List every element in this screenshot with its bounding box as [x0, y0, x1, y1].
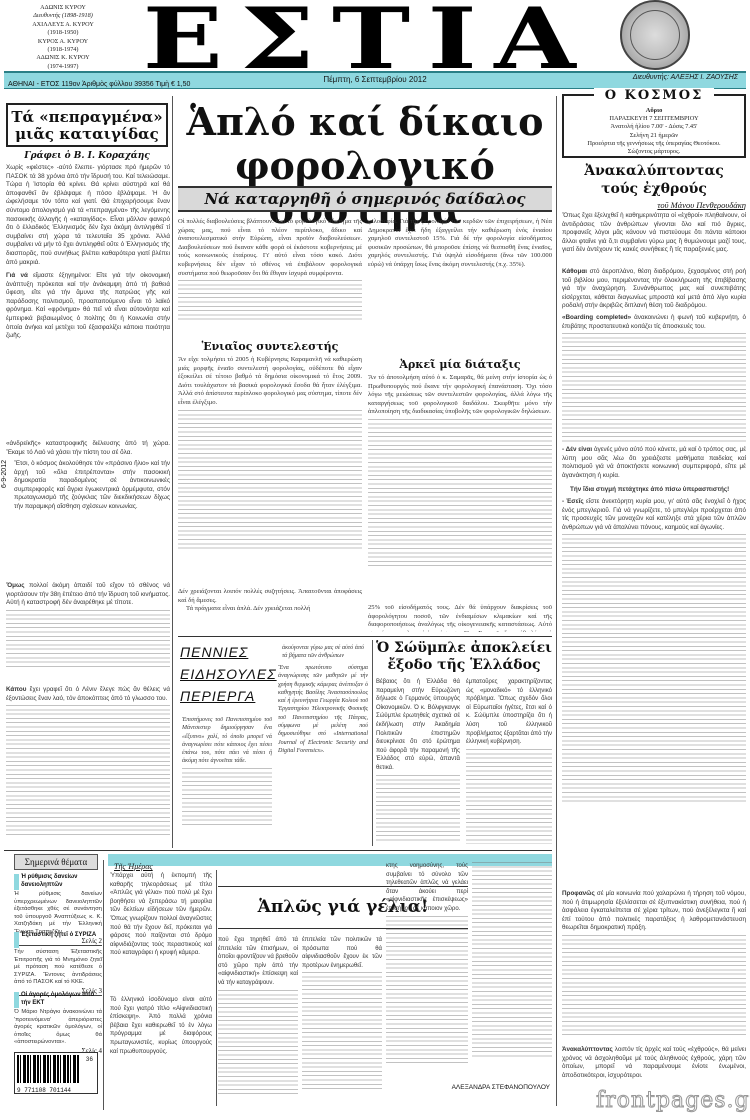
- of-the-day-header: Τῆς Ἡμέρας: [108, 862, 153, 871]
- right-article-para: Τήν ἴδια στιγμή πετάχτηκε ἀπό πίσω ὑπερα…: [570, 486, 746, 495]
- today-topic-item[interactable]: Οἱ ἀγορές ὁμολόγων ἀπό τήν ΕΚΤ Ὁ Μάριο Ν…: [14, 992, 102, 1055]
- world-day: ΠΑΡΑΣΚΕΥΗ 7 ΣΕΠΤΕΜΒΡΙΟΥ: [564, 115, 744, 123]
- main-article-col2-p3: 25% τοῦ εἰσοδήματός τους. Δέν θά ὑπάρχου…: [368, 604, 552, 632]
- gossip-title: ΕΙΔΗΣΟΥΛΕΣ: [180, 666, 260, 682]
- left-article-title: Τά «πεπραγμένα»: [8, 109, 166, 126]
- topic-body: Ἡ ρύθμισις δανείων ὑπερχρεωμένων δανειολ…: [14, 891, 102, 937]
- left-article-para: Γιά νά εἴμαστε ἐξηγημένοι: Εἴτε γιά τήν …: [6, 272, 170, 442]
- teal-marker-icon: [14, 932, 19, 948]
- of-the-day-col2: πού ἔχει τηρηθεῖ ἀπό τά ἐπιτελεία τῶν ἐπ…: [218, 936, 298, 1096]
- main-article-col1-p2: Ἄν εἶχε τολμήσει τό 2005 ἡ Κυβέρνησις Κα…: [178, 356, 362, 580]
- world-moon: Σελήνη 21 ἡμερῶν: [564, 132, 744, 140]
- side-date: 6-9-2012: [1, 460, 8, 488]
- of-the-day-byline: ΑΛΕΞΑΝΔΡΑ ΣΤΕΦΑΝΟΠΟΥΛΟΥ: [418, 1084, 550, 1091]
- right-article-para: Ὅπως ἔχει ἐξελιχθεῖ ἡ καθημερινότητα οἱ …: [562, 212, 746, 266]
- today-topic-item[interactable]: Ἐξεταστική ζητεῖ ὁ ΣΥΡΙΖΑ Τήν σύσταση Ἐξ…: [14, 932, 102, 996]
- left-article-para: «ἀνδρεϊκῆς» καταστροφικῆς διέλευσης ἀπό …: [6, 440, 170, 458]
- left-article-para: Ὅμως πολλοί ἀκόμη ἀπαιδί τοῦ εἴχον τό σθ…: [6, 582, 170, 682]
- newspaper-title: ΕΣΤΙΑ: [56, 0, 681, 72]
- main-subtitle: Νά καταργηθῆ ὁ σημερινός δαίδαλος: [178, 188, 552, 210]
- world-feast: Σώζοντος μάρτυρος.: [564, 148, 744, 156]
- left-article-para: Κάπου ἔχει γραφεῖ ὅτι ὁ Λένιν ἔλεγε πώς …: [6, 686, 170, 838]
- director-name: Διευθυντής: ΑΛΕΞΗΣ Ι. ΖΑΟΥΣΗΣ: [633, 74, 738, 81]
- teal-marker-icon: [14, 992, 19, 1008]
- left-article-title: μιᾶς καταιγίδας: [8, 126, 166, 143]
- main-article-col2: φιλοσοφία. Γιά τήν φορολογία τῶν κερδῶν …: [368, 218, 552, 334]
- schauble-col2: ἐμπατοῦρες χαρακτηρίζοντας ὡς «μοναδικό»…: [466, 678, 552, 844]
- main-article-col1-p3: Δέν χρειάζονται λοιπόν πολλές συζητήσεις…: [178, 588, 362, 630]
- gossip-title: ΠΕΡΙΕΡΓΑ: [180, 688, 260, 704]
- of-the-day-p2: Τό ἑλληνικό ἰσοδύναμο εἶναι αὐτό πού ἔχε…: [110, 996, 212, 1106]
- right-article-para: - Δέν εἶναι ἀγενές μόνο αὐτό πού κάνετε,…: [562, 446, 746, 482]
- world-box: Ο ΚΟΣΜΟΣ Αὔριο ΠΑΡΑΣΚΕΥΗ 7 ΣΕΠΤΕΜΒΡΙΟΥ Ἀ…: [562, 94, 746, 158]
- of-the-day-col3: ἐπιτελεία τῶν πολιτικῶν τά πρόσωπα πού θ…: [302, 936, 382, 1096]
- gossip-title-block: ΠΕΝΝΙΕΣ ΕΙΔΗΣΟΥΛΕΣ ΠΕΡΙΕΡΓΑ: [180, 644, 260, 704]
- world-feast: Προεόρτια τῆς γεννήσεως τῆς ὑπεραγίας Θε…: [564, 140, 744, 148]
- section-rule: [4, 850, 552, 851]
- topic-body: Τήν σύσταση Ἐξεταστικῆς Ἐπιτροπῆς γιά τό…: [14, 949, 102, 987]
- main-subhead: Ἀρκεῖ μία διάταξις: [368, 358, 552, 371]
- right-article-para: Κάθομαι στό ἀεροπλάνο, θέση διαδρόμου, ξ…: [562, 268, 746, 312]
- watermark: frontpages.gr: [596, 1088, 750, 1113]
- world-sun: Ἀνατολή ἡλίου 7.00' - Δύσις 7.45': [564, 123, 744, 131]
- gossip-item: Ἐπιστήμονες τοῦ Πανεπιστημίου τοῦ Μάντσε…: [182, 716, 272, 842]
- gossip-title: ΠΕΝΝΙΕΣ: [180, 644, 260, 660]
- main-headline-line: Ἁπλό καί δίκαιο: [178, 100, 552, 144]
- topic-title: Ἡ ρύθμισις δανείων δανειοληπτῶν: [21, 874, 102, 890]
- edition-strip: ΑΘΗΝΑΙ - ΕΤΟΣ 119ον Ἀριθμὸς φύλλου 39356…: [4, 71, 746, 89]
- main-article-col2-p2: Ἄν τό ἀποτολμήση αὐτό ὁ κ. Σαμαρᾶς, θά μ…: [368, 374, 552, 604]
- gossip-intro: ἀκούγονται γύρω μας σέ αὐτό ἀπό τά βήματ…: [282, 644, 364, 660]
- right-article-para: - Ἐσεῖς εἴστε ἀνεκτόρητη κυρία μου, γι' …: [562, 498, 746, 808]
- gossip-item: Ἕνα πρωτότυπο σύστημα ἀναγνώρισης τῶν μα…: [278, 664, 368, 844]
- barcode: 36 9 771108 701144: [14, 1052, 98, 1094]
- right-article-para: Προφανῶς σέ μία κοινωνία πού χαλαρώνει ἡ…: [562, 890, 746, 1044]
- left-article-lead: Χωρὶς «φιέστες» -αὐτό ἔλειπε- γιόρτασε π…: [6, 164, 170, 266]
- column-divider: [556, 96, 557, 1106]
- right-article-byline: τοῦ Μάνου Πενθερουδάκη: [620, 200, 746, 210]
- of-the-day-p1: Ὑπάρχει αὐτή ἡ ἐκπομπή τῆς καθαρῆς τηλεο…: [110, 872, 212, 992]
- left-article-byline: Γράφει ὁ Β. Ι. Κοραχάης: [6, 151, 168, 161]
- main-headline: Ἁπλό καί δίκαιο φορολογικό σύστημα: [178, 100, 552, 232]
- of-the-day-col5: [472, 862, 552, 1062]
- right-article-para: «Boarding completed» ἀνακοινώνει ἡ φωνή …: [562, 314, 746, 444]
- of-the-day-col4: κτης νοημοσύνης, τούς συμβαίνει τό σύνολ…: [386, 862, 468, 1078]
- column-divider: [103, 860, 104, 1110]
- hestia-seal-icon: [620, 0, 690, 70]
- right-article-para: Ἀνακαλύπτοντας λοιπόν τίς ἀρχές καί τούς…: [562, 1046, 746, 1080]
- today-topics-header: Σημερινά θέματα: [14, 854, 98, 870]
- column-divider: [172, 96, 173, 848]
- world-tomorrow: Αὔριο: [564, 107, 744, 115]
- barcode-number: 9 771108 701144: [17, 1087, 95, 1095]
- main-article-col1: Οἱ πολλές διαβουλεύσεις βλάπτουν. Καί τό…: [178, 218, 362, 334]
- world-box-title: Ο ΚΟΣΜΟΣ: [594, 88, 714, 103]
- topic-body: Ὁ Μάριο Ντράγκι ἀνακοινώνει τά 'προτεινό…: [14, 1009, 102, 1047]
- main-subtitle-bar: Νά καταργηθῆ ὁ σημερινός δαίδαλος: [178, 186, 552, 212]
- teal-marker-icon: [14, 874, 19, 890]
- left-article-lead-text: Χωρὶς «φιέστες» -αὐτό ἔλειπε- γιόρτασε π…: [6, 164, 170, 266]
- barcode-icon: [17, 1055, 79, 1083]
- schauble-col1: Βέβαιος ὅτι ἡ Ἑλλάδα θά παραμείνη στήν Ε…: [376, 678, 460, 844]
- left-article-headline-box: Τά «πεπραγμένα» μιᾶς καταιγίδας: [6, 103, 168, 147]
- topic-title: Οἱ ἀγορές ὁμολόγων ἀπό τήν ΕΚΤ: [21, 992, 102, 1008]
- left-article-para: Ἔτσι, ὁ κόσμος ἀκολούθησε τόν «πράσινο ἥ…: [14, 460, 170, 576]
- column-divider: [372, 640, 373, 846]
- topic-title: Ἐξεταστική ζητεῖ ὁ ΣΥΡΙΖΑ: [21, 932, 96, 948]
- section-rule: [178, 636, 552, 637]
- schauble-headline: Ὁ Σώϋμπλε ἀποκλείει ἔξοδο τῆς Ἑλλάδος: [376, 640, 552, 674]
- issue-code: 36: [86, 1056, 93, 1063]
- right-article-headline: Ἀνακαλύπτοντας τούς ἐχθρούς: [562, 162, 746, 198]
- main-subhead: Ἑνιαῖος συντελεστής: [178, 340, 362, 353]
- column-divider: [216, 870, 217, 1106]
